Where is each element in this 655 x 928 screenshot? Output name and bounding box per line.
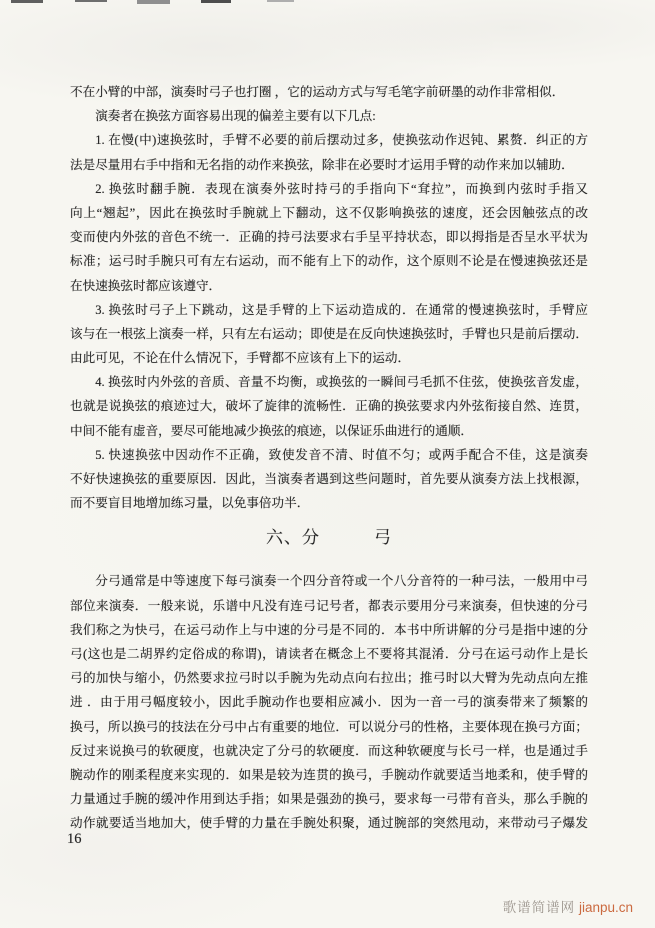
text-line: 而不要盲目地增加练习量，以免事倍功半． [70,491,588,515]
text-block: 不在小臂的中部，演奏时弓子也打圈 ，它的运动方式与写毛笔字前研墨的动作非常相似．… [70,80,588,835]
scan-artifact-mark [267,0,294,2]
text-line: 力量通过手腕的缓冲作用到达手指；如果是强劲的换弓，要求每一弓带有音头，那么手腕的 [70,787,588,811]
text-line: 由此可见，不论在什么情况下，手臂都不应该有上下的运动． [70,346,588,370]
text-line: 换弓，所以换弓的技法在分弓中占有重要的地位．可以说分弓的性格，主要体现在换弓方面… [70,715,588,739]
watermark: 歌谱简谱网 jianpu.cn [503,900,633,916]
watermark-site-name: 歌谱简谱网 [503,900,576,915]
text-line: 演奏者在换弦方面容易出现的偏差主要有以下几点: [70,104,588,128]
text-line: 2. 换弦时翻手腕．表现在演奏外弦时持弓的手指向下“耷拉”，而换到内弦时手指又 [70,177,588,201]
scanned-book-page: 不在小臂的中部，演奏时弓子也打圈 ，它的运动方式与写毛笔字前研墨的动作非常相似．… [0,0,655,928]
text-line: 进 ．由于用弓幅度较小，因此手腕动作也要相应减小．因为一音一弓的演奏带来了频繁的 [70,690,588,714]
text-line: 也就是说换弦的痕迹过大，破坏了旋律的流畅性．正确的换弦要求内外弦衔接自然、连贯， [70,394,588,418]
text-line: 5. 快速换弦中因动作不正确，致使发音不清、时值不匀；或两手配合不佳，这是演奏 [70,443,588,467]
text-line: 反过来说换弓的软硬度，也就决定了分弓的软硬度．而这种软硬度与长弓一样，也是通过手 [70,739,588,763]
page-number: 16 [67,829,82,849]
section-heading: 六、分 弓 [70,526,588,550]
text-line: 腕动作的刚柔程度来实现的．如果是较为连贯的换弓，手腕动作就要适当地柔和，使手臂的 [70,763,588,787]
scan-artifact-mark [11,0,43,3]
text-line: 在快速换弦时都应该遵守． [70,274,588,298]
scan-artifact-mark [137,0,170,4]
text-line: 向上“翘起”，因此在换弦时手腕就上下翻动，这不仅影响换弦的速度，还会因触弦点的改 [70,201,588,225]
text-line: 1. 在慢(中)速换弦时，手臂不必要的前后摆动过多，使换弦动作迟钝、累赘．纠正的… [70,128,588,152]
text-line: 中间不能有虚音，要尽可能地减少换弦的痕迹，以保证乐曲进行的通顺． [70,419,588,443]
text-line: 不好快速换弦的重要原因．因此，当演奏者遇到这些问题时，首先要从演奏方法上找根源， [70,467,588,491]
text-line: 弓的加快与缩小，仍然要求拉弓时以手腕为先动点向右拉出；推弓时以大臂为先动点向左推 [70,666,588,690]
text-line: 动作就要适当地加大，使手臂的力量在手腕处积聚，通过腕部的突然甩动，来带动弓子爆发 [70,811,588,835]
text-line: 不在小臂的中部，演奏时弓子也打圈 ，它的运动方式与写毛笔字前研墨的动作非常相似． [70,80,588,104]
watermark-site-url: jianpu.cn [579,900,633,915]
text-line: 变而使内外弦的音色不统一．正确的持弓法要求右手呈平持状态，即以拇指是否呈水平状为 [70,225,588,249]
text-line: 我们称之为快弓，在运弓动作上与中速的分弓是不同的．本书中所讲解的分弓是指中速的分 [70,618,588,642]
text-line: 该与在一根弦上演奏一样，只有左右运动；即使是在反向快速换弦时，手臂也只是前后摆动… [70,322,588,346]
text-line: 3. 换弦时弓子上下跳动，这是手臂的上下运动造成的．在通常的慢速换弦时，手臂应 [70,298,588,322]
text-line: 法是尽量用右手中指和无名指的动作来换弦，除非在必要时才运用手臂的动作来加以辅助． [70,153,588,177]
text-line: 部位来演奏．一般来说，乐谱中凡没有连弓记号者，都表示要用分弓来演奏，但快速的分弓 [70,594,588,618]
text-line: 标准；运弓时手腕只可有左右运动，而不能有上下的动作，这个原则不论是在慢速换弦还是 [70,249,588,273]
scan-artifact-mark [75,0,107,2]
text-line: 弓(这也是二胡界约定俗成的称谓)，请读者在概念上不要将其混淆．分弓在运弓动作上是… [70,642,588,666]
scan-artifact-mark [201,0,231,3]
text-line: 分弓通常是中等速度下每弓演奏一个四分音符或一个八分音符的一种弓法，一般用中弓 [70,569,588,593]
text-line: 4. 换弦时内外弦的音质、音量不均衡，或换弦的一瞬间弓毛抓不住弦，使换弦音发虚， [70,370,588,394]
